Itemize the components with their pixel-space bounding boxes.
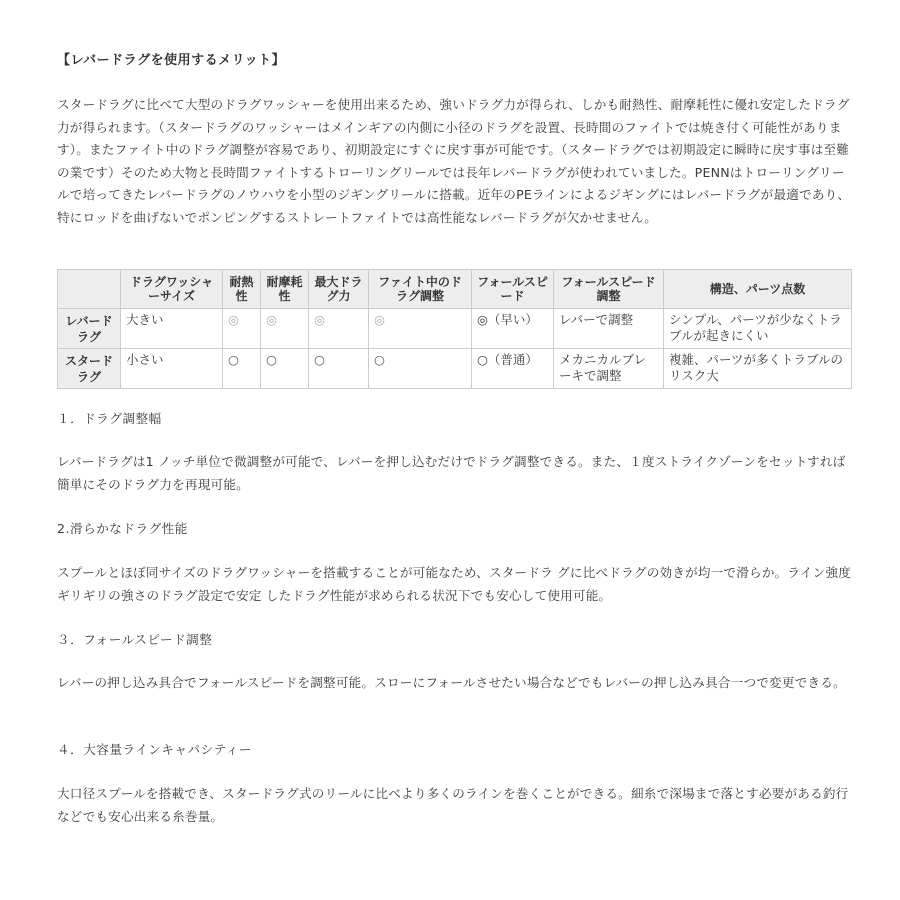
circle-mark: ○: [223, 349, 261, 389]
double-circle-mark: ◎: [223, 309, 261, 349]
row-label-lever-drag: レバードラグ: [58, 309, 121, 349]
double-circle-mark: ◎: [369, 309, 472, 349]
table-row: スタードラグ 小さい ○ ○ ○ ○ ○（普通） メカニカルブレーキで調整 複雑…: [58, 349, 852, 389]
table-cell: ◎（早い）: [472, 309, 554, 349]
table-cell: 大きい: [121, 309, 223, 349]
article-heading: 【レバードラグを使用するメリット】: [57, 49, 285, 68]
table-header-cell: 耐熱性: [223, 270, 261, 309]
double-circle-mark: ◎: [261, 309, 309, 349]
section-body: レバーの押し込み具合でフォールスピードを調整可能。スローにフォールさせたい場合な…: [57, 672, 852, 695]
table-cell: シンプル、パーツが少なくトラブルが起きにくい: [664, 309, 852, 349]
circle-mark: ○: [309, 349, 369, 389]
section-title: １．ドラグ調整幅: [57, 408, 162, 427]
row-label-star-drag: スタードラグ: [58, 349, 121, 389]
table-header-cell: 最大ドラグ力: [309, 270, 369, 309]
section-title: ３．フォールスピード調整: [57, 629, 212, 648]
table-header-cell: ドラグワッシャーサイズ: [121, 270, 223, 309]
circle-mark: ○: [261, 349, 309, 389]
table-cell: メカニカルブレーキで調整: [554, 349, 664, 389]
comparison-table: ドラグワッシャーサイズ 耐熱性 耐摩耗性 最大ドラグ力 ファイト中のドラグ調整 …: [57, 269, 852, 389]
table-header-cell: [58, 270, 121, 309]
table-row: レバードラグ 大きい ◎ ◎ ◎ ◎ ◎（早い） レバーで調整 シンプル、パーツ…: [58, 309, 852, 349]
circle-mark: ○: [369, 349, 472, 389]
section-body: レバードラグは1 ノッチ単位で微調整が可能で、レバーを押し込むだけでドラグ調整で…: [57, 451, 852, 496]
table-cell: レバーで調整: [554, 309, 664, 349]
table-header-cell: ファイト中のドラグ調整: [369, 270, 472, 309]
table-header-cell: フォールスピード: [472, 270, 554, 309]
intro-paragraph: スタードラグに比べて大型のドラグワッシャーを使用出来るため、強いドラグ力が得られ…: [57, 94, 852, 229]
table-header-cell: フォールスピード調整: [554, 270, 664, 309]
table-cell: ○（普通）: [472, 349, 554, 389]
table-header-cell: 耐摩耗性: [261, 270, 309, 309]
table-cell: 小さい: [121, 349, 223, 389]
section-body: 大口径スプールを搭載でき、スタードラグ式のリールに比べより多くのラインを巻くこと…: [57, 783, 852, 828]
table-cell: 複雑、パーツが多くトラブルのリスク大: [664, 349, 852, 389]
table-header-row: ドラグワッシャーサイズ 耐熱性 耐摩耗性 最大ドラグ力 ファイト中のドラグ調整 …: [58, 270, 852, 309]
section-title: ４．大容量ラインキャパシティー: [57, 739, 252, 758]
table-header-cell: 構造、パーツ点数: [664, 270, 852, 309]
section-title: 2.滑らかなドラグ性能: [57, 518, 188, 537]
double-circle-mark: ◎: [309, 309, 369, 349]
section-body: スプールとほぼ同サイズのドラグワッシャーを搭載することが可能なため、スタードラ …: [57, 562, 852, 607]
